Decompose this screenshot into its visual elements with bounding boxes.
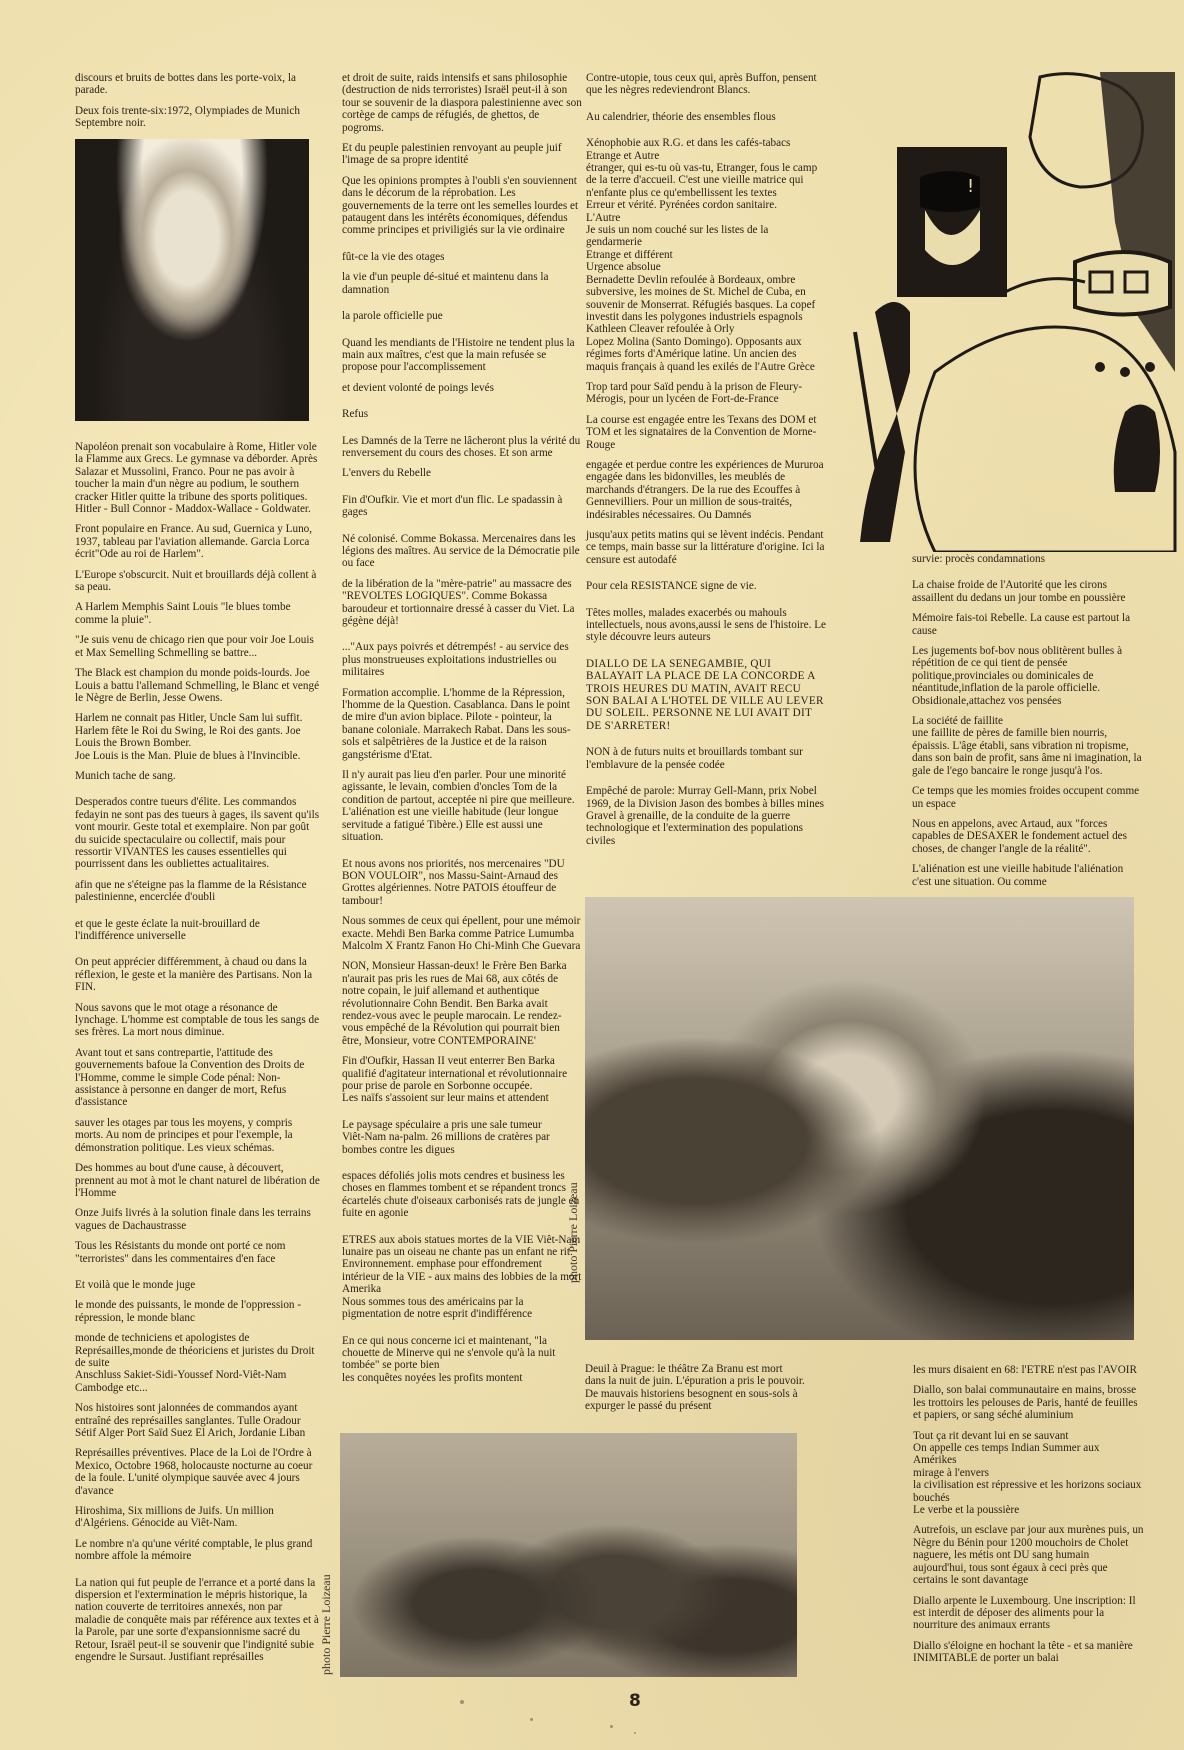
paper-speck	[634, 1732, 636, 1734]
paragraph: Ce temps que les momies froides occupent…	[912, 785, 1144, 810]
paragraph: Le nombre n'a qu'une vérité comptable, l…	[75, 1538, 320, 1563]
paragraph: Les jugements bof-bov nous oblitèrent bu…	[912, 645, 1144, 707]
paragraph: Fin d'Oufkir. Vie et mort d'un flic. Le …	[342, 494, 582, 519]
paragraph: Au calendrier, théorie des ensembles flo…	[586, 111, 826, 123]
paragraph: Tout ça rit devant lui en se sauvant On …	[913, 1430, 1145, 1517]
children-doll-photo	[585, 897, 1134, 1340]
paragraph: engagée et perdue contre les expériences…	[586, 459, 826, 521]
paragraph: Mémoire fais-toi Rebelle. La cause est p…	[912, 612, 1144, 637]
paragraph: Les Damnés de la Terre ne lâcheront plus…	[342, 435, 582, 460]
paragraph: Harlem ne connait pas Hitler, Uncle Sam …	[75, 712, 320, 762]
paragraph: The Black est champion du monde poids-lo…	[75, 667, 320, 704]
paragraph: "Je suis venu de chicago rien que pour v…	[75, 634, 320, 659]
paragraph: Contre-utopie, tous ceux qui, après Buff…	[586, 72, 826, 97]
paragraph: monde de techniciens et apologistes de R…	[75, 1332, 320, 1394]
paper-speck	[610, 1725, 613, 1728]
paragraph: Xénophobie aux R.G. et dans les cafés-ta…	[586, 137, 826, 373]
paragraph: Têtes molles, malades exacerbés ou mahou…	[586, 607, 826, 644]
paragraph: survie: procès condamnations	[912, 553, 1144, 565]
paragraph: la vie d'un peuple dé-situé et maintenu …	[342, 271, 582, 296]
paragraph: Desperados contre tueurs d'élite. Les co…	[75, 796, 320, 870]
paragraph: Et nous avons nos priorités, nos mercena…	[342, 858, 582, 908]
paragraph: la parole officielle pue	[342, 310, 582, 322]
paragraph: On peut apprécier différemment, à chaud …	[75, 956, 320, 993]
paragraph: Munich tache de sang.	[75, 770, 320, 782]
paragraph: Onze Juifs livrés à la solution finale d…	[75, 1207, 320, 1232]
paragraph: Et du peuple palestinien renvoyant au pe…	[342, 142, 582, 167]
paragraph: Des hommes au bout d'une cause, à découv…	[75, 1162, 320, 1199]
paper-speck	[460, 1700, 464, 1704]
paragraph: Nos histoires sont jalonnées de commando…	[75, 1402, 320, 1439]
group-photo	[340, 1433, 797, 1677]
paragraph: Empêché de parole: Murray Gell-Mann, pri…	[586, 785, 826, 847]
paragraph: Napoléon prenait son vocabulaire à Rome,…	[75, 441, 320, 515]
portrait-photo	[75, 139, 309, 421]
svg-text:!: !	[967, 176, 974, 197]
paragraph: NON à de futurs nuits et brouillards tom…	[586, 746, 826, 771]
paragraph: La chaise froide de l'Autorité que les c…	[912, 579, 1144, 604]
paragraph: En ce qui nous concerne ici et maintenan…	[342, 1335, 582, 1385]
paragraph: et droit de suite, raids intensifs et sa…	[342, 72, 582, 134]
paragraph: et devient volonté de poings levés	[342, 382, 582, 394]
paragraph: Le paysage spéculaire a pris une sale tu…	[342, 1119, 582, 1156]
paragraph: Front populaire en France. Au sud, Guern…	[75, 523, 320, 560]
photo-caption: Deuil à Prague: le théâtre Za Branu est …	[585, 1363, 805, 1421]
page-number: 8	[629, 1691, 641, 1711]
column-1-body: Napoléon prenait son vocabulaire à Rome,…	[75, 441, 320, 1672]
caption-text: Deuil à Prague: le théâtre Za Branu est …	[585, 1363, 805, 1413]
paragraph: Diallo, son balai communautaire en mains…	[913, 1384, 1145, 1421]
paragraph: Diallo arpente le Luxembourg. Une inscri…	[913, 1595, 1145, 1632]
paragraph: et que le geste éclate la nuit-brouillar…	[75, 918, 320, 943]
paragraph: Il n'y aurait pas lieu d'en parler. Pour…	[342, 769, 582, 843]
paragraph: La nation qui fut peuple de l'errance et…	[75, 1577, 320, 1664]
paragraph: fût-ce la vie des otages	[342, 251, 582, 263]
paragraph: L'Europe s'obscurcit. Nuit et brouillard…	[75, 569, 320, 594]
paragraph: Autrefois, un esclave par jour aux murèn…	[913, 1524, 1145, 1586]
paragraph: Formation accomplie. L'homme de la Répre…	[342, 687, 582, 761]
paragraph: Hiroshima, Six millions de Juifs. Un mil…	[75, 1505, 320, 1530]
paragraph: Avant tout et sans contrepartie, l'attit…	[75, 1047, 320, 1109]
paragraph: Nous savons que le mot otage a résonance…	[75, 1002, 320, 1039]
column-1: discours et bruits de bottes dans les po…	[75, 72, 320, 138]
paragraph: de la libération de la "mère-patrie" au …	[342, 578, 582, 628]
paragraph: Pour cela RESISTANCE signe de vie.	[586, 580, 826, 592]
comic-illustration: !	[845, 72, 1180, 552]
column-4: survie: procès condamnations La chaise f…	[912, 553, 1144, 896]
column-3: Contre-utopie, tous ceux qui, après Buff…	[586, 72, 826, 855]
paragraph: La course est engagée entre les Texans d…	[586, 414, 826, 451]
paragraph: Né colonisé. Comme Bokassa. Mercenaires …	[342, 533, 582, 570]
paragraph: Nous en appelons, avec Artaud, aux "forc…	[912, 818, 1144, 855]
paragraph: Représailles préventives. Place de la Lo…	[75, 1447, 320, 1497]
column-4-bottom: les murs disaient en 68: l'ETRE n'est pa…	[913, 1364, 1145, 1673]
paragraph: jusqu'aux petits matins qui se lèvent in…	[586, 529, 826, 566]
paragraph: espaces défoliés jolis mots cendres et b…	[342, 1170, 582, 1220]
photo-credit: photo Pierre Loizeau	[319, 1574, 334, 1675]
paragraph: A Harlem Memphis Saint Louis "le blues t…	[75, 601, 320, 626]
paragraph: L'envers du Rebelle	[342, 467, 582, 479]
paragraph: Fin d'Oufkir, Hassan II veut enterrer Be…	[342, 1055, 582, 1105]
photo-credit: photo Pierre Loizeau	[566, 1182, 581, 1283]
paragraph: le monde des puissants, le monde de l'op…	[75, 1299, 320, 1324]
paragraph: Que les opinions promptes à l'oubli s'en…	[342, 175, 582, 237]
paragraph: NON, Monsieur Hassan-deux! le Frère Ben …	[342, 960, 582, 1047]
paragraph: Trop tard pour Saïd pendu à la prison de…	[586, 381, 826, 406]
paragraph: Diallo s'éloigne en hochant la tête - et…	[913, 1640, 1145, 1665]
paragraph: afin que ne s'éteigne pas la flamme de l…	[75, 879, 320, 904]
paper-speck	[530, 1718, 533, 1721]
paragraph: les murs disaient en 68: l'ETRE n'est pa…	[913, 1364, 1145, 1376]
paragraph: discours et bruits de bottes dans les po…	[75, 72, 320, 97]
paragraph: Et voilà que le monde juge	[75, 1279, 320, 1291]
paragraph: DIALLO DE LA SENEGAMBIE, QUI BALAYAIT LA…	[586, 658, 826, 732]
paragraph: ETRES aux abois statues mortes de la VIE…	[342, 1234, 582, 1321]
column-2: et droit de suite, raids intensifs et sa…	[342, 72, 582, 1392]
paragraph: ..."Aux pays poivrés et détrempés! - au …	[342, 641, 582, 678]
paragraph: La société de faillite une faillite de p…	[912, 715, 1144, 777]
paragraph: Refus	[342, 408, 582, 420]
paragraph: sauver les otages par tous les moyens, y…	[75, 1117, 320, 1154]
paragraph: Quand les mendiants de l'Histoire ne ten…	[342, 337, 582, 374]
paragraph: Deux fois trente-six:1972, Olympiades de…	[75, 105, 320, 130]
paragraph: Tous les Résistants du monde ont porté c…	[75, 1240, 320, 1265]
paragraph: L'aliénation est une vieille habitude l'…	[912, 863, 1144, 888]
paragraph: Nous sommes de ceux qui épellent, pour u…	[342, 915, 582, 952]
